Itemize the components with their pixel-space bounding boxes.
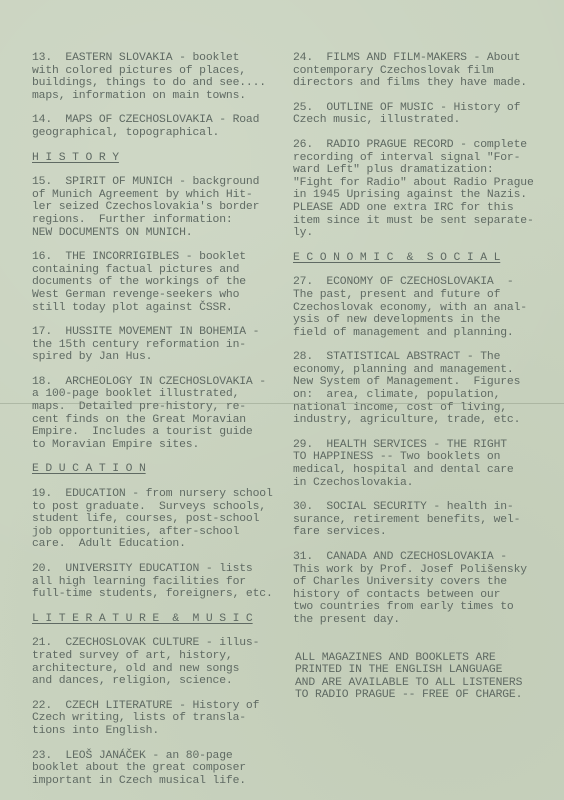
item-21: 21. CZECHOSLOVAK CULTURE - illus- trated…: [32, 637, 297, 687]
item-15: 15. SPIRIT OF MUNICH - background of Mun…: [32, 176, 297, 239]
item-14: 14. MAPS OF CZECHOSLOVAKIA - Road geogra…: [32, 114, 297, 139]
right-column: 24. FILMS AND FILM-MAKERS - About contem…: [293, 52, 558, 639]
item-24: 24. FILMS AND FILM-MAKERS - About contem…: [293, 52, 558, 90]
section-heading-education: E D U C A T I O N: [32, 463, 297, 476]
item-16: 16. THE INCORRIGIBLES - booklet containi…: [32, 251, 297, 314]
item-18: 18. ARCHEOLOGY IN CZECHOSLOVAKIA - a 100…: [32, 376, 297, 452]
item-17: 17. HUSSITE MOVEMENT IN BOHEMIA - the 15…: [32, 326, 297, 364]
item-20: 20. UNIVERSITY EDUCATION - lists all hig…: [32, 563, 297, 601]
section-heading-literature-music: L I T E R A T U R E & M U S I C: [32, 613, 297, 626]
item-26: 26. RADIO PRAGUE RECORD - complete recor…: [293, 139, 558, 240]
item-28: 28. STATISTICAL ABSTRACT - The economy, …: [293, 351, 558, 427]
free-of-charge-notice: ALL MAGAZINES AND BOOKLETS ARE PRINTED I…: [295, 652, 560, 702]
item-22: 22. CZECH LITERATURE - History of Czech …: [32, 700, 297, 738]
item-31: 31. CANADA AND CZECHOSLOVAKIA - This wor…: [293, 551, 558, 627]
item-23: 23. LEOŠ JANÁČEK - an 80-page booklet ab…: [32, 750, 297, 788]
item-29: 29. HEALTH SERVICES - THE RIGHT TO HAPPI…: [293, 439, 558, 489]
item-27: 27. ECONOMY OF CZECHOSLOVAKIA - The past…: [293, 276, 558, 339]
item-19: 19. EDUCATION - from nursery school to p…: [32, 488, 297, 551]
item-13: 13. EASTERN SLOVAKIA - booklet with colo…: [32, 52, 297, 102]
section-heading-history: H I S T O R Y: [32, 152, 297, 165]
section-heading-economic-social: E C O N O M I C & S O C I A L: [293, 252, 558, 265]
item-25: 25. OUTLINE OF MUSIC - History of Czech …: [293, 102, 558, 127]
item-30: 30. SOCIAL SECURITY - health in- surance…: [293, 501, 558, 539]
left-column: 13. EASTERN SLOVAKIA - booklet with colo…: [32, 52, 297, 799]
typewritten-page: 13. EASTERN SLOVAKIA - booklet with colo…: [0, 0, 564, 800]
